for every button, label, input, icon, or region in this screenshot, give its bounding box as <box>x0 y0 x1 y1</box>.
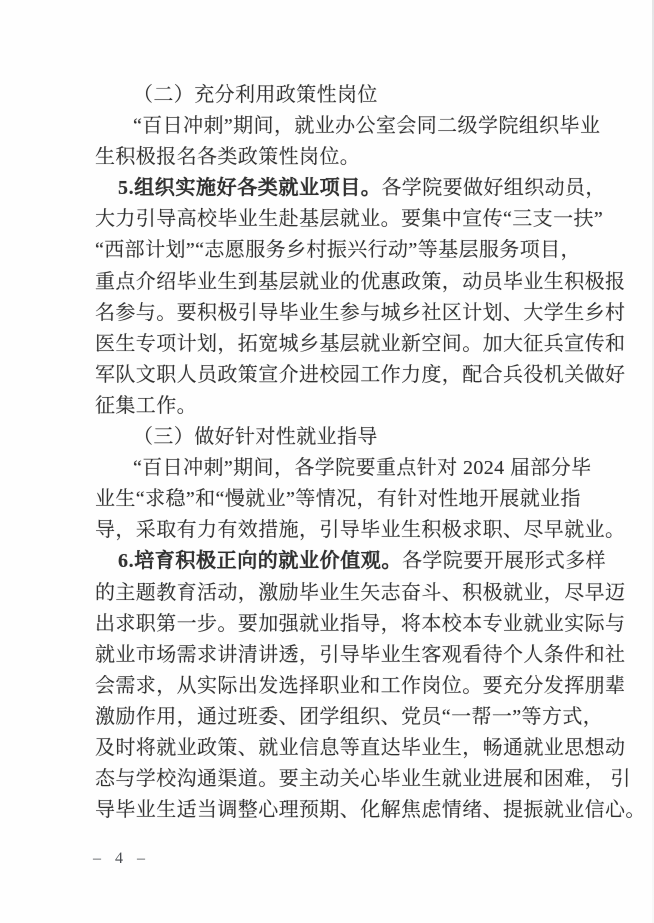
section-heading-3: （三）做好针对性就业指导 <box>95 422 573 453</box>
numbered-item-6: 6.培育积极正向的就业价值观。各学院要开展形式多样 <box>95 546 573 577</box>
paragraph-line: “百日冲刺”期间，各学院要重点针对 2024 届部分毕 <box>95 453 573 484</box>
paragraph-line: 及时将就业政策、就业信息等直达毕业生，畅通就业思想动 <box>95 733 573 764</box>
paragraph-line: 重点介绍毕业生到基层就业的优惠政策，动员毕业生积极报 <box>95 267 573 298</box>
paragraph-line: 征集工作。 <box>95 391 573 422</box>
paragraph-line: 军队文职人员政策宣介进校园工作力度，配合兵役机关做好 <box>95 360 573 391</box>
page-number: – 4 – <box>93 850 150 868</box>
paragraph-line: 会需求，从实际出发选择职业和工作岗位。要充分发挥朋辈 <box>95 671 573 702</box>
paragraph-line: “西部计划”“志愿服务乡村振兴行动”等基层服务项目， <box>95 235 573 266</box>
numbered-item-6-rest: 各学院要开展形式多样 <box>402 550 606 572</box>
numbered-item-5: 5.组织实施好各类就业项目。各学院要做好组织动员， <box>95 173 573 204</box>
numbered-item-6-title: 6.培育积极正向的就业价值观。 <box>118 550 402 572</box>
paragraph-line: 导毕业生适当调整心理预期、化解焦虑情绪、提振就业信心。 <box>95 795 573 826</box>
paragraph-line: 就业市场需求讲清讲透，引导毕业生客观看待个人条件和社 <box>95 640 573 671</box>
paragraph-line: 大力引导高校毕业生赴基层就业。要集中宣传“三支一扶” <box>95 204 573 235</box>
document-page: （二）充分利用政策性岗位 “百日冲刺”期间，就业办公室会同二级学院组织毕业 生积… <box>0 0 654 923</box>
paragraph-line: 的主题教育活动，激励毕业生矢志奋斗、积极就业，尽早迈 <box>95 578 573 609</box>
paragraph-line: 激励作用，通过班委、团学组织、党员“一帮一”等方式， <box>95 702 573 733</box>
numbered-item-5-title: 5.组织实施好各类就业项目。 <box>118 177 381 199</box>
paragraph-line: 态与学校沟通渠道。要主动关心毕业生就业进展和困难， 引 <box>95 764 573 795</box>
paragraph-line: 生积极报名各类政策性岗位。 <box>95 142 573 173</box>
numbered-item-5-rest: 各学院要做好组织动员， <box>381 177 605 199</box>
paragraph-line: 导，采取有力有效措施，引导毕业生积极求职、尽早就业。 <box>95 515 573 546</box>
paragraph-line: 业生“求稳”和“慢就业”等情况，有针对性地开展就业指 <box>95 484 573 515</box>
paragraph-line: 名参与。要积极引导毕业生参与城乡社区计划、大学生乡村 <box>95 298 573 329</box>
paragraph-line: “百日冲刺”期间，就业办公室会同二级学院组织毕业 <box>95 111 573 142</box>
paragraph-line: 出求职第一步。要加强就业指导，将本校本专业就业实际与 <box>95 609 573 640</box>
paragraph-line: 医生专项计划，拓宽城乡基层就业新空间。加大征兵宣传和 <box>95 329 573 360</box>
section-heading-2: （二）充分利用政策性岗位 <box>95 80 573 111</box>
document-body: （二）充分利用政策性岗位 “百日冲刺”期间，就业办公室会同二级学院组织毕业 生积… <box>95 80 573 826</box>
